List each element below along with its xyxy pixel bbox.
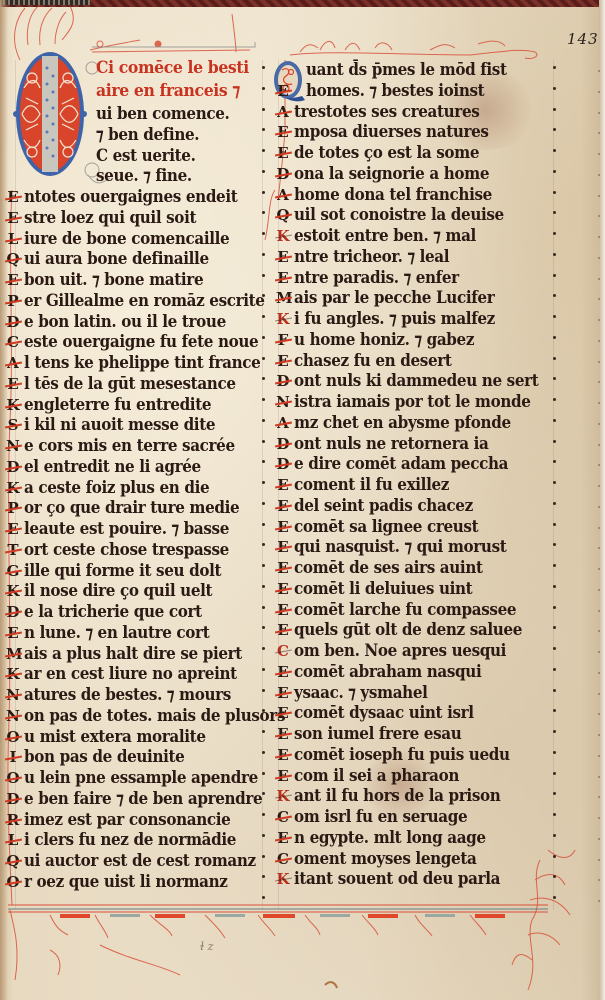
- verse-line: comēt ioseph fu puis uedu: [294, 745, 510, 765]
- pricking-dot: [598, 506, 600, 508]
- verse-line: C est uerite.: [96, 146, 196, 166]
- pricking-dot: [598, 402, 600, 404]
- verse-line: ille qui forme it seu dolt: [24, 561, 221, 581]
- lombard-initial: E: [276, 268, 290, 288]
- lombard-initial: D: [276, 434, 290, 454]
- lombard-initial: E: [6, 374, 20, 394]
- pricking-dot: [553, 606, 556, 609]
- lombard-initial: C: [6, 332, 20, 352]
- lombard-initial: K: [6, 664, 20, 684]
- verse-line: e dire comēt adam peccha: [294, 454, 508, 474]
- pricking-dot: [262, 315, 265, 318]
- pricking-dot: [553, 87, 556, 90]
- pricking-dot: [553, 502, 556, 505]
- pricking-dot: [262, 336, 265, 339]
- lombard-initial: E: [6, 187, 20, 207]
- lombard-initial: A: [276, 102, 290, 122]
- pricking-dot: [553, 66, 556, 69]
- pricking-dot: [553, 896, 556, 899]
- verse-line: seue. ⁊ fine.: [96, 166, 192, 186]
- pricking-dot: [262, 896, 265, 899]
- pricking-dot: [598, 112, 600, 114]
- pricking-dot: [262, 585, 265, 588]
- pricking-dot: [262, 772, 265, 775]
- lombard-initial: E: [276, 683, 290, 703]
- pricking-dot: [553, 108, 556, 111]
- pricking-dot: [598, 319, 600, 321]
- pricking-dot: [262, 813, 265, 816]
- verse-line: ont nuls ne retornera ia: [294, 434, 488, 454]
- pricking-dot: [553, 170, 556, 173]
- pricking-dot: [262, 606, 265, 609]
- pricking-dot: [598, 610, 600, 612]
- pricking-dot: [262, 647, 265, 650]
- lombard-initial: D: [6, 457, 20, 477]
- pricking-dot: [262, 398, 265, 401]
- verse-line: home dona tel franchise: [294, 185, 492, 205]
- lombard-initial: E: [276, 496, 290, 516]
- verse-line: qui nasquist. ⁊ qui morust: [294, 537, 506, 557]
- pricking-dot: [598, 776, 600, 778]
- verse-line: chasez fu en desert: [294, 351, 452, 371]
- pricking-dot: [553, 647, 556, 650]
- verse-line: l tens ke phelippe tint france: [24, 353, 260, 373]
- verse-line: ais a plus halt dire se piert: [24, 644, 242, 664]
- pricking-dot: [262, 834, 265, 837]
- verse-line: estoit entre ben. ⁊ mal: [294, 226, 476, 246]
- pricking-dot: [262, 730, 265, 733]
- pricking-dot: [262, 419, 265, 422]
- pricking-dot: [598, 444, 600, 446]
- rubric-line: Ci comēce le besti: [96, 58, 249, 78]
- verse-line: com il sei a pharaon: [294, 766, 459, 786]
- verse-line: mz chet en abysme pfonde: [294, 413, 511, 433]
- pricking-dot: [598, 589, 600, 591]
- pricking-dot: [262, 357, 265, 360]
- verse-line: quels gūt olt de denz saluee: [294, 620, 522, 640]
- lombard-initial: D: [6, 789, 20, 809]
- pricking-dot: [598, 838, 600, 840]
- verse-line: engleterre fu entredite: [24, 395, 211, 415]
- pricking-dot: [262, 149, 265, 152]
- lombard-initial: K: [6, 395, 20, 415]
- pricking-dot: [553, 440, 556, 443]
- pricking-dot: [598, 340, 600, 342]
- verse-line: ysaac. ⁊ ysmahel: [294, 683, 428, 703]
- lombard-initial: E: [276, 662, 290, 682]
- pricking-dot: [553, 253, 556, 256]
- verse-line: n egypte. mlt long aage: [294, 828, 486, 848]
- pricking-dot: [598, 91, 600, 93]
- verse-line: l tēs de la gūt mesestance: [24, 374, 236, 394]
- verse-line: leaute est pouire. ⁊ basse: [24, 519, 229, 539]
- lombard-initial: E: [276, 81, 290, 101]
- lombard-initial: G: [6, 561, 20, 581]
- verse-line: este ouergaigne fu fete noue: [24, 332, 258, 352]
- verse-line: ais par le pecche Lucifer: [294, 288, 494, 308]
- pricking-dot: [262, 274, 265, 277]
- lombard-initial: N: [6, 436, 20, 456]
- lombard-initial: O: [6, 872, 20, 892]
- verse-line: coment il fu exillez: [294, 475, 449, 495]
- lombard-initial: M: [6, 644, 20, 664]
- verse-line: i clers fu nez de normādie: [24, 830, 236, 850]
- verse-line: er Gillealme en romāz escrite: [24, 291, 265, 311]
- pricking-dot: [553, 357, 556, 360]
- lombard-initial: P: [6, 498, 20, 518]
- lombard-initial: E: [276, 537, 290, 557]
- pricking-dot: [262, 481, 265, 484]
- verse-line: ar en cest liure no apreint: [24, 664, 237, 684]
- verse-line: ⁊ ben define.: [96, 125, 199, 145]
- verse-line: ntre paradis. ⁊ enfer: [294, 268, 459, 288]
- verse-line: or ço que drair ture medie: [24, 498, 239, 518]
- verse-line: i fu angles. ⁊ puis malfez: [294, 309, 495, 329]
- pricking-dot: [553, 564, 556, 567]
- verse-line: ntotes ouergaignes endeit: [24, 187, 237, 207]
- lombard-initial: Q: [6, 249, 20, 269]
- pricking-dot: [262, 191, 265, 194]
- verse-line: imez est par consonancie: [24, 810, 230, 830]
- lombard-initial: N: [6, 706, 20, 726]
- verse-line: il nose dire ço quil uelt: [24, 581, 212, 601]
- verse-line: om ben. Noe apres uesqui: [294, 641, 506, 661]
- verse-line: ant il fu hors de la prison: [294, 786, 500, 806]
- pricking-dot: [598, 651, 600, 653]
- lombard-initial: N: [6, 685, 20, 705]
- pricking-dot: [598, 817, 600, 819]
- lombard-initial: E: [6, 208, 20, 228]
- pricking-dot: [553, 813, 556, 816]
- verse-line: r oez que uist li normanz: [24, 872, 228, 892]
- lombard-initial: E: [276, 703, 290, 723]
- lombard-initial: E: [276, 122, 290, 142]
- lombard-initial: D: [276, 371, 290, 391]
- pricking-dot: [553, 419, 556, 422]
- pricking-dot: [598, 361, 600, 363]
- pricking-dot: [262, 502, 265, 505]
- pricking-dot: [598, 236, 600, 238]
- lombard-initial: E: [276, 766, 290, 786]
- lombard-initial: D: [276, 164, 290, 184]
- pricking-dot: [262, 523, 265, 526]
- verse-line: ui aura bone definaille: [24, 249, 209, 269]
- verse-line: comēt abraham nasqui: [294, 662, 481, 682]
- pricking-dot: [553, 523, 556, 526]
- lombard-initial: E: [276, 247, 290, 267]
- pricking-dot: [598, 755, 600, 757]
- lombard-initial: C: [276, 641, 290, 661]
- pricking-dot: [553, 315, 556, 318]
- verse-line: comēt li deluiues uint: [294, 579, 472, 599]
- lombard-initial: E: [276, 351, 290, 371]
- pricking-dot: [553, 772, 556, 775]
- pricking-dot: [262, 440, 265, 443]
- pricking-dot: [598, 70, 600, 72]
- verse-line: ort ceste chose trespasse: [24, 540, 229, 560]
- verse-line: e ben faire ⁊ de ben aprendre: [24, 789, 262, 809]
- pricking-dot: [262, 108, 265, 111]
- lombard-initial: E: [276, 558, 290, 578]
- lombard-initial: Q: [276, 205, 290, 225]
- pricking-dot: [553, 274, 556, 277]
- verse-line: on pas de totes. mais de plusors: [24, 706, 285, 726]
- lombard-initial: E: [276, 724, 290, 744]
- verse-line: u lein pne essample apendre: [24, 768, 258, 788]
- pricking-dot: [262, 689, 265, 692]
- verse-line: de totes ço est la some: [294, 143, 479, 163]
- lombard-initial: K: [276, 786, 290, 806]
- verse-line: oment moyses lengeta: [294, 849, 476, 869]
- pricking-dot: [262, 170, 265, 173]
- pricking-dot: [598, 485, 600, 487]
- pricking-dot: [598, 734, 600, 736]
- pricking-dot: [598, 693, 600, 695]
- lombard-initial: R: [6, 810, 20, 830]
- verse-line: del seint padis chacez: [294, 496, 473, 516]
- pricking-dot: [598, 859, 600, 861]
- pricking-dot: [598, 568, 600, 570]
- lombard-initial: E: [6, 623, 20, 643]
- verse-line: iure de bone comencaille: [24, 229, 229, 249]
- verse-line: istra iamais por tot le monde: [294, 392, 531, 412]
- lombard-initial: E: [6, 270, 20, 290]
- verse-line: e bon latin. ou il le troue: [24, 312, 226, 332]
- pricking-dot: [262, 855, 265, 858]
- verse-line: son iumel frere esau: [294, 724, 461, 744]
- lombard-initial: E: [276, 475, 290, 495]
- pricking-dot: [553, 668, 556, 671]
- lombard-initial: K: [276, 226, 290, 246]
- verse-line: e la tricherie que cort: [24, 602, 202, 622]
- verse-line: itant souent od deu parla: [294, 869, 500, 889]
- pricking-dot: [553, 232, 556, 235]
- lombard-initial: D: [276, 454, 290, 474]
- decorated-initial-O-icon: [12, 48, 88, 180]
- lombard-initial: K: [276, 869, 290, 889]
- verse-line: ntre tricheor. ⁊ leal: [294, 247, 449, 267]
- pricking-dot: [262, 564, 265, 567]
- pricking-dot: [262, 668, 265, 671]
- pricking-dot: [598, 527, 600, 529]
- pricking-dot: [262, 87, 265, 90]
- pricking-dot: [553, 689, 556, 692]
- manuscript-page: 143: [0, 0, 605, 1000]
- pricking-dot: [598, 278, 600, 280]
- verse-line: mposa diuerses natures: [294, 122, 489, 142]
- rubric-line: aire en franceis ⁊: [96, 81, 240, 101]
- verse-line: ui auctor est de cest romanz: [24, 851, 256, 871]
- lombard-initial: C: [276, 807, 290, 827]
- pricking-dot: [598, 153, 600, 155]
- verse-line: comēt dysaac uint isrl: [294, 703, 474, 723]
- verse-line: comēt de ses airs auint: [294, 558, 483, 578]
- lombard-initial: A: [6, 353, 20, 373]
- lombard-initial: A: [276, 185, 290, 205]
- lombard-initial: N: [276, 392, 290, 412]
- lombard-initial: K: [276, 309, 290, 329]
- lombard-initial: E: [276, 620, 290, 640]
- lombard-initial: L: [6, 229, 20, 249]
- pricking-dot: [553, 585, 556, 588]
- lombard-initial: E: [276, 143, 290, 163]
- pricking-dot: [262, 232, 265, 235]
- pricking-dot: [553, 481, 556, 484]
- pricking-dot: [553, 149, 556, 152]
- pricking-dot: [553, 730, 556, 733]
- verse-line: om isrl fu en seruage: [294, 807, 467, 827]
- pricking-dot: [553, 855, 556, 858]
- lombard-initial: O: [6, 727, 20, 747]
- verse-line: atures de bestes. ⁊ mours: [24, 685, 231, 705]
- lombard-initial: C: [276, 849, 290, 869]
- pricking-dot: [262, 751, 265, 754]
- verse-line: e cors mis en terre sacrée: [24, 436, 235, 456]
- lombard-initial: F: [276, 330, 290, 350]
- pricking-dot: [598, 257, 600, 259]
- verse-line: u home honiz. ⁊ gabez: [294, 330, 474, 350]
- lombard-initial: D: [6, 312, 20, 332]
- pricking-dot: [553, 336, 556, 339]
- pricking-dot: [598, 900, 600, 902]
- verse-line: homes. ⁊ bestes ioinst: [306, 81, 484, 101]
- lombard-initial: E: [276, 517, 290, 537]
- pricking-dot: [598, 672, 600, 674]
- lombard-initial: M: [276, 288, 290, 308]
- lombard-initial: E: [6, 519, 20, 539]
- verse-line: comēt sa lignee creust: [294, 517, 478, 537]
- pricking-dot: [598, 423, 600, 425]
- verse-line: u mist extera moralite: [24, 727, 206, 747]
- pricking-dot: [553, 398, 556, 401]
- pricking-dot: [598, 174, 600, 176]
- lombard-initial: T: [6, 540, 20, 560]
- lombard-initial: K: [6, 581, 20, 601]
- lombard-initial: E: [276, 828, 290, 848]
- verse-line: comēt larche fu compassee: [294, 600, 516, 620]
- marginal-mark: ɫ z: [200, 940, 213, 953]
- verse-line: uant d̄s p̄mes le mōd fist: [306, 60, 507, 80]
- verse-line: i kil ni auoit messe dite: [24, 415, 215, 435]
- pricking-dot: [598, 195, 600, 197]
- verse-line: trestotes ses creatures: [294, 102, 479, 122]
- verse-line: ui ben comence.: [96, 104, 229, 124]
- pricking-dot: [553, 834, 556, 837]
- lombard-initial: K: [6, 478, 20, 498]
- verse-line: el entredit ne li agrée: [24, 457, 201, 477]
- verse-line: bon pas de deuinite: [24, 747, 184, 767]
- verse-line: uil sot conoistre la deuise: [294, 205, 504, 225]
- verse-line: n lune. ⁊ en lautre cort: [24, 623, 209, 643]
- pricking-dot: [262, 66, 265, 69]
- verse-line: stre loez qui quil soit: [24, 208, 196, 228]
- lombard-initial: I: [6, 747, 20, 767]
- lombard-initial: L: [6, 830, 20, 850]
- verse-line: bon uit. ⁊ bone matire: [24, 270, 203, 290]
- pricking-dot: [553, 751, 556, 754]
- lombard-initial: A: [276, 413, 290, 433]
- lombard-initial: E: [276, 579, 290, 599]
- lombard-initial: Q: [6, 851, 20, 871]
- lombard-initial: O: [6, 768, 20, 788]
- lombard-initial: D: [6, 602, 20, 622]
- verse-line: a ceste foiz plus en die: [24, 478, 209, 498]
- lombard-initial: E: [276, 600, 290, 620]
- pricking-dot: [262, 253, 265, 256]
- lombard-initial: E: [276, 745, 290, 765]
- lombard-initial: P: [6, 291, 20, 311]
- pricking-dot: [553, 191, 556, 194]
- lombard-initial: S: [6, 415, 20, 435]
- verse-line: ont nuls ki dammedeu ne sert: [294, 371, 538, 391]
- verse-line: ona la seignorie a home: [294, 164, 489, 184]
